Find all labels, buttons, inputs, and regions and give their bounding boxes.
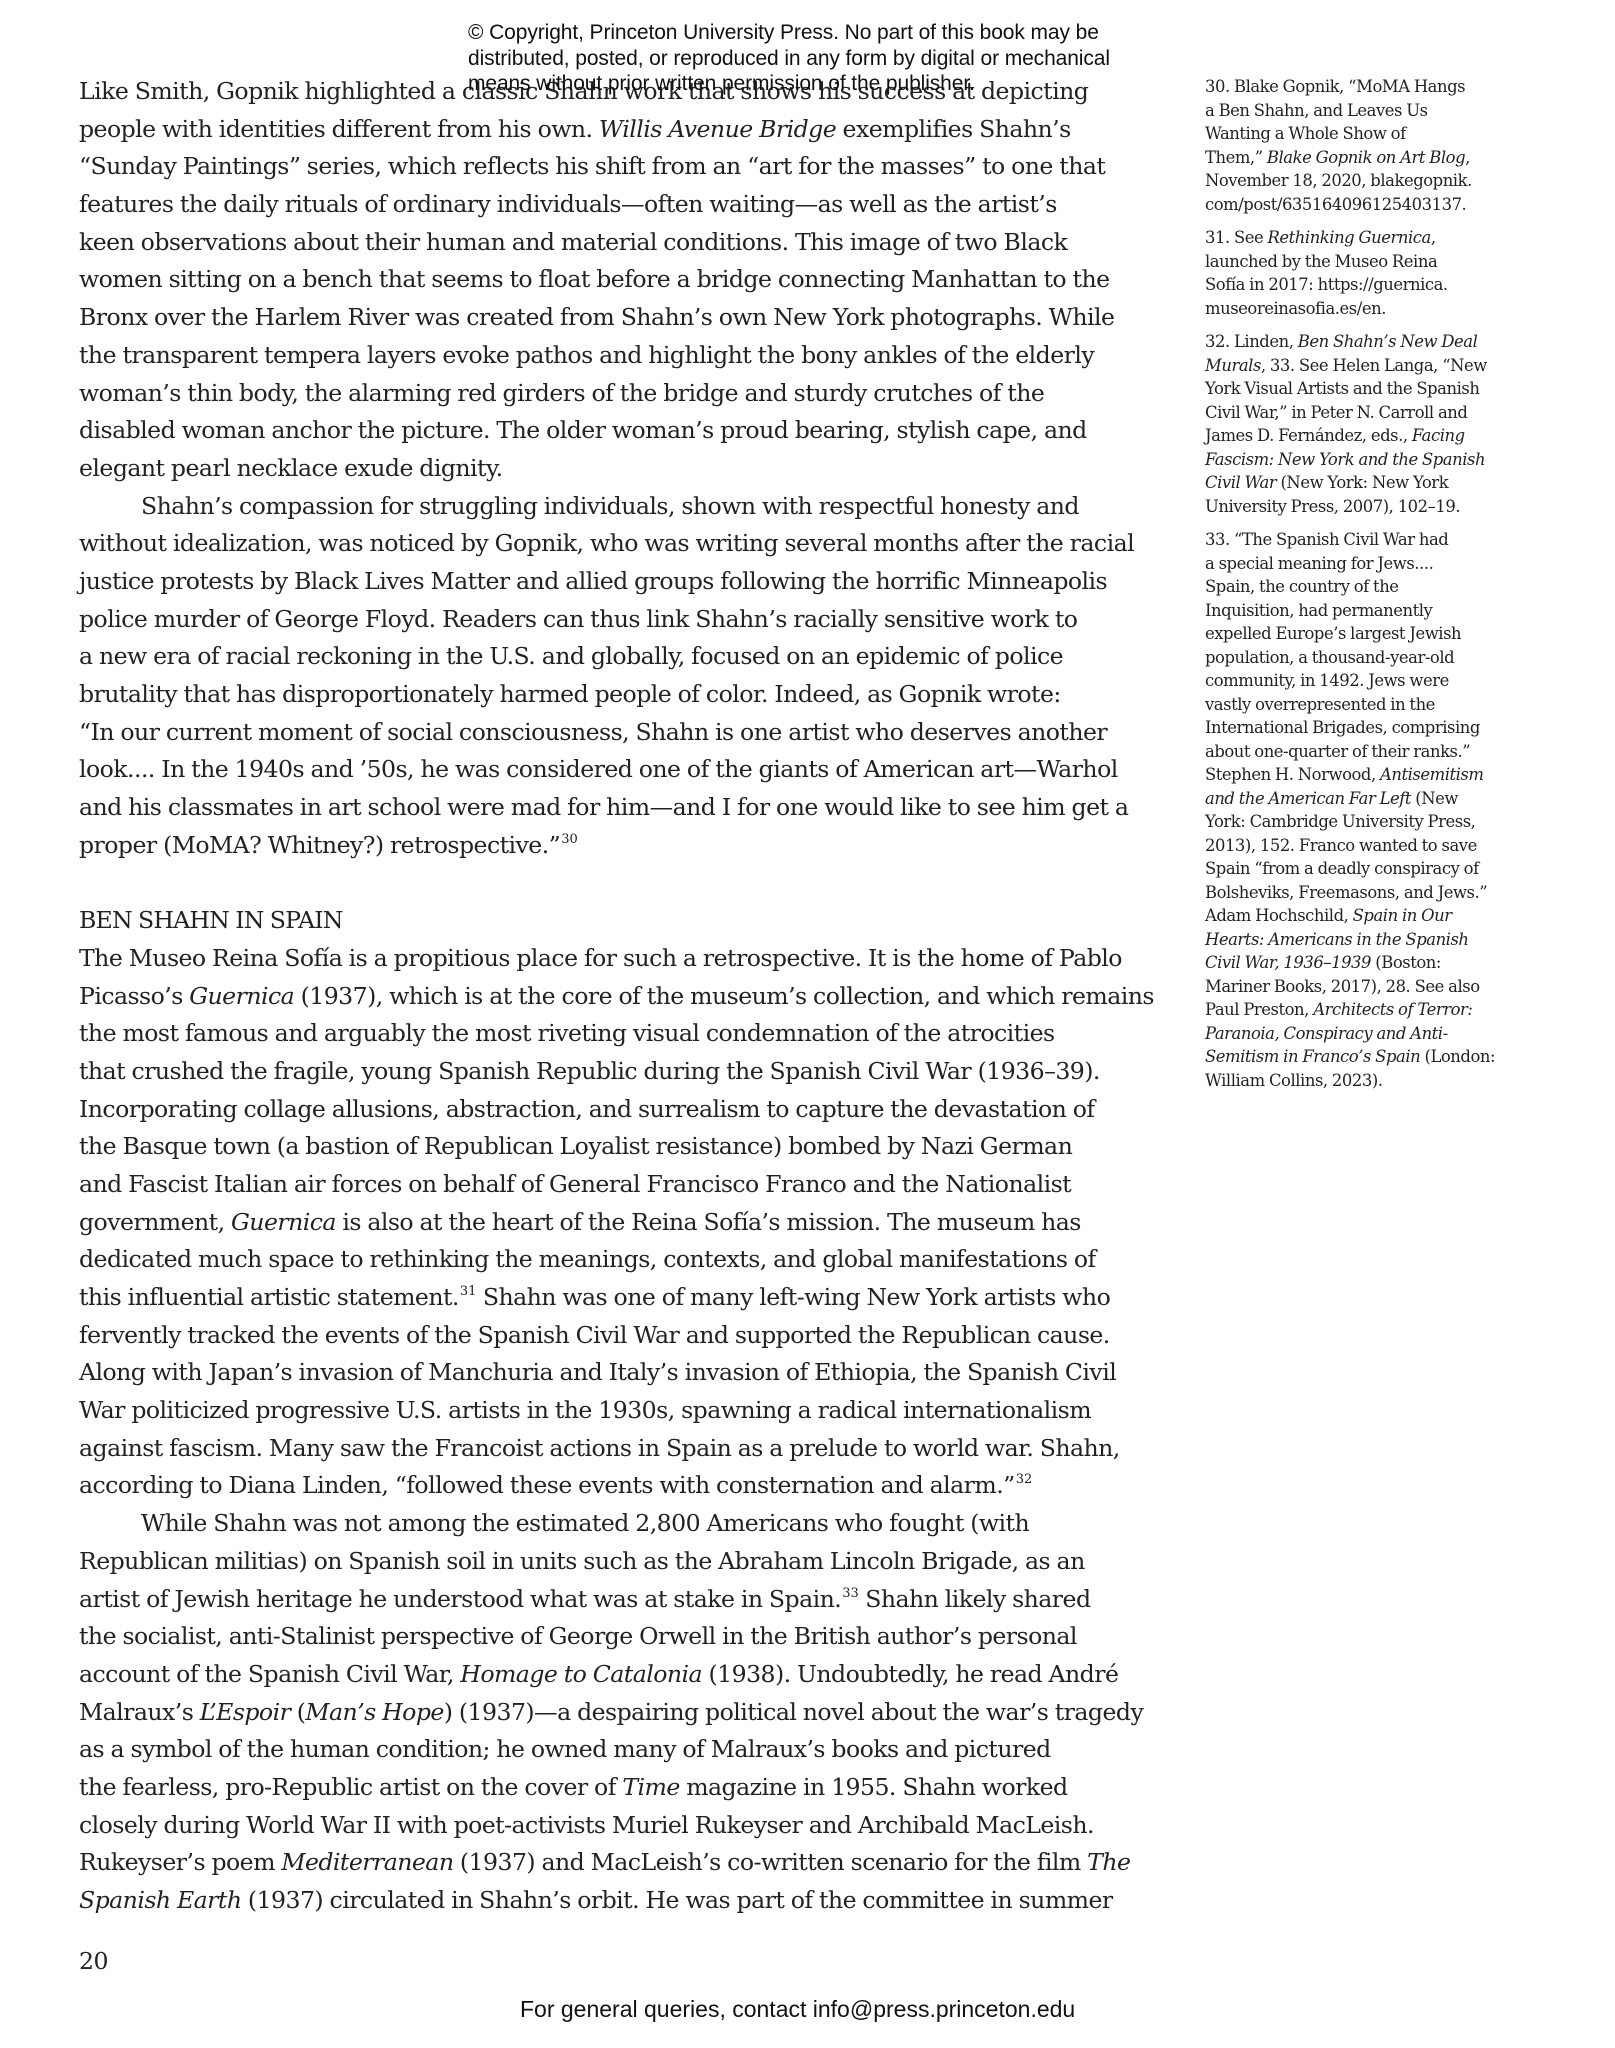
text-line: “In our current moment of social conscio… xyxy=(79,714,1159,752)
publication-title: Architects of Terror: xyxy=(1313,1000,1472,1019)
text-span: , xyxy=(1465,148,1470,167)
note-line: Civil War, 1936–1939 (Boston: xyxy=(1205,951,1605,975)
note-line: Stephen H. Norwood, Antisemitism xyxy=(1205,763,1605,787)
text-span: according to Diana Linden, “followed the… xyxy=(79,1471,1015,1499)
film-title: The xyxy=(1087,1848,1130,1876)
footnote-33: 33. “The Spanish Civil War had a special… xyxy=(1205,528,1605,1092)
text-line: proper (MoMA? Whitney?) retrospective.”3… xyxy=(79,827,1159,865)
note-line: 33. “The Spanish Civil War had xyxy=(1205,528,1605,552)
paragraph: Like Smith, Gopnik highlighted a classic… xyxy=(79,73,1159,488)
publication-title: Murals xyxy=(1205,356,1261,375)
text-span: (1937) and MacLeish’s co-written scenari… xyxy=(453,1848,1087,1876)
copyright-notice: © Copyright, Princeton University Press.… xyxy=(468,20,1168,97)
text-span: Shahn was one of many left-wing New York… xyxy=(476,1283,1110,1311)
text-span: Them,” xyxy=(1205,148,1267,167)
publication-title: Antisemitism xyxy=(1380,765,1484,784)
note-line: Hearts: Americans in the Spanish xyxy=(1205,928,1605,952)
text-line: Spanish Earth (1937) circulated in Shahn… xyxy=(79,1882,1159,1920)
note-line: launched by the Museo Reina xyxy=(1205,250,1605,274)
text-span: people with identities different from hi… xyxy=(79,115,599,143)
note-line: Paranoia, Conspiracy and Anti- xyxy=(1205,1022,1605,1046)
note-line: com/post/635164096125403137. xyxy=(1205,193,1605,217)
copyright-line: means without prior written permission o… xyxy=(468,71,1168,97)
publication-title: Hearts: Americans in the Spanish xyxy=(1205,930,1469,949)
note-line: population, a thousand-year-old xyxy=(1205,646,1605,670)
note-line: Spain, the country of the xyxy=(1205,575,1605,599)
text-line: disabled woman anchor the picture. The o… xyxy=(79,412,1159,450)
note-line: Mariner Books, 2017), 28. See also xyxy=(1205,975,1605,999)
text-line: closely during World War II with poet-ac… xyxy=(79,1807,1159,1845)
footnote-30: 30. Blake Gopnik, “MoMA Hangs a Ben Shah… xyxy=(1205,75,1605,216)
text-line: without idealization, was noticed by Gop… xyxy=(79,525,1159,563)
text-span: is also at the heart of the Reina Sofía’… xyxy=(336,1208,1081,1236)
text-line: Bronx over the Harlem River was created … xyxy=(79,299,1159,337)
note-line: museoreinasofia.es/en. xyxy=(1205,297,1605,321)
note-line: and the American Far Left (New xyxy=(1205,787,1605,811)
spacer xyxy=(79,864,1159,902)
text-line: police murder of George Floyd. Readers c… xyxy=(79,601,1159,639)
note-line: Inquisition, had permanently xyxy=(1205,599,1605,623)
note-line: a special meaning for Jews.... xyxy=(1205,552,1605,576)
note-line: 30. Blake Gopnik, “MoMA Hangs xyxy=(1205,75,1605,99)
note-line: 2013), 152. Franco wanted to save xyxy=(1205,834,1605,858)
main-text-column: Like Smith, Gopnik highlighted a classic… xyxy=(79,73,1159,1920)
text-span: , 33. See Helen Langa, “New xyxy=(1261,356,1487,375)
text-line: women sitting on a bench that seems to f… xyxy=(79,261,1159,299)
publication-title: Rethinking Guernica xyxy=(1268,228,1431,247)
poem-title: Mediterranean xyxy=(281,1848,453,1876)
text-line: While Shahn was not among the estimated … xyxy=(79,1505,1159,1543)
text-line: dedicated much space to rethinking the m… xyxy=(79,1241,1159,1279)
publication-title: Facing xyxy=(1412,426,1465,445)
magazine-title: Time xyxy=(622,1773,679,1801)
text-line: and his classmates in art school were ma… xyxy=(79,789,1159,827)
footnote-ref-33[interactable]: 33 xyxy=(842,1586,859,1601)
paragraph: Shahn’s compassion for struggling indivi… xyxy=(79,488,1159,865)
text-line: artist of Jewish heritage he understood … xyxy=(79,1581,1159,1619)
footnote-ref-30[interactable]: 30 xyxy=(561,832,578,847)
text-line: War politicized progressive U.S. artists… xyxy=(79,1392,1159,1430)
note-line: Paul Preston, Architects of Terror: xyxy=(1205,998,1605,1022)
note-line: Murals, 33. See Helen Langa, “New xyxy=(1205,354,1605,378)
publication-title: Civil War xyxy=(1205,473,1276,492)
publication-title: Paranoia, Conspiracy and Anti- xyxy=(1205,1024,1448,1043)
paragraph: The Museo Reina Sofía is a propitious pl… xyxy=(79,940,1159,1505)
text-span: Rukeyser’s poem xyxy=(79,1848,281,1876)
text-span: Adam Hochschild, xyxy=(1205,906,1353,925)
text-line: Along with Japan’s invasion of Manchuria… xyxy=(79,1354,1159,1392)
note-line: Adam Hochschild, Spain in Our xyxy=(1205,904,1605,928)
note-line: November 18, 2020, blakegopnik. xyxy=(1205,169,1605,193)
text-line: the transparent tempera layers evoke pat… xyxy=(79,337,1159,375)
text-line: look.... In the 1940s and ’50s, he was c… xyxy=(79,751,1159,789)
text-span: artist of Jewish heritage he understood … xyxy=(79,1585,841,1613)
note-line: Civil War,” in Peter N. Carroll and xyxy=(1205,401,1605,425)
note-line: Them,” Blake Gopnik on Art Blog, xyxy=(1205,146,1605,170)
text-line: Shahn’s compassion for struggling indivi… xyxy=(79,488,1159,526)
text-line: that crushed the fragile, young Spanish … xyxy=(79,1053,1159,1091)
text-span: Shahn likely shared xyxy=(859,1585,1091,1613)
note-line: community, in 1492. Jews were xyxy=(1205,669,1605,693)
text-line: Incorporating collage allusions, abstrac… xyxy=(79,1091,1159,1129)
text-span: 31. See xyxy=(1205,228,1268,247)
text-line: the fearless, pro-Republic artist on the… xyxy=(79,1769,1159,1807)
footnote-31: 31. See Rethinking Guernica, launched by… xyxy=(1205,226,1605,320)
text-line: this influential artistic statement.31 S… xyxy=(79,1279,1159,1317)
copyright-line: distributed, posted, or reproduced in an… xyxy=(468,46,1168,72)
text-line: The Museo Reina Sofía is a propitious pl… xyxy=(79,940,1159,978)
publication-title: Civil War, 1936–1939 xyxy=(1205,953,1371,972)
text-span: account of the Spanish Civil War, xyxy=(79,1660,460,1688)
note-line: Sofía in 2017: https://guernica. xyxy=(1205,273,1605,297)
text-line: fervently tracked the events of the Span… xyxy=(79,1317,1159,1355)
text-line: features the daily rituals of ordinary i… xyxy=(79,186,1159,224)
note-line: James D. Fernández, eds., Facing xyxy=(1205,424,1605,448)
note-line: expelled Europe’s largest Jewish xyxy=(1205,622,1605,646)
text-line: the most famous and arguably the most ri… xyxy=(79,1015,1159,1053)
text-line: according to Diana Linden, “followed the… xyxy=(79,1467,1159,1505)
note-line: Spain “from a deadly conspiracy of xyxy=(1205,857,1605,881)
text-line: a new era of racial reckoning in the U.S… xyxy=(79,638,1159,676)
note-line: Civil War (New York: New York xyxy=(1205,471,1605,495)
note-line: 32. Linden, Ben Shahn’s New Deal xyxy=(1205,330,1605,354)
note-line: University Press, 2007), 102–19. xyxy=(1205,495,1605,519)
note-line: about one-quarter of their ranks.” xyxy=(1205,740,1605,764)
note-line: Wanting a Whole Show of xyxy=(1205,122,1605,146)
note-line: Fascism: New York and the Spanish xyxy=(1205,448,1605,472)
publication-title: and the American Far Left xyxy=(1205,789,1411,808)
book-title: Man’s Hope xyxy=(305,1698,443,1726)
text-line: the socialist, anti-Stalinist perspectiv… xyxy=(79,1618,1159,1656)
text-span: (Boston: xyxy=(1371,953,1441,972)
footnote-ref-32[interactable]: 32 xyxy=(1016,1472,1033,1487)
text-span: (New xyxy=(1411,789,1458,808)
text-span: James D. Fernández, eds., xyxy=(1205,426,1412,445)
text-span: Picasso’s xyxy=(79,982,189,1010)
text-span: (1938). Undoubtedly, he read André xyxy=(702,1660,1118,1688)
text-span: (1937), which is at the core of the muse… xyxy=(294,982,1154,1010)
footnotes-column: 30. Blake Gopnik, “MoMA Hangs a Ben Shah… xyxy=(1205,75,1605,1102)
paragraph: While Shahn was not among the estimated … xyxy=(79,1505,1159,1920)
text-span: , xyxy=(1431,228,1436,247)
note-line: International Brigades, comprising xyxy=(1205,716,1605,740)
footnote-ref-31[interactable]: 31 xyxy=(460,1284,477,1299)
page-number: 20 xyxy=(79,1947,108,1975)
text-line: Republican militias) on Spanish soil in … xyxy=(79,1543,1159,1581)
text-span: (1937) circulated in Shahn’s orbit. He w… xyxy=(241,1886,1112,1914)
film-title: Spanish Earth xyxy=(79,1886,241,1914)
note-line: York: Cambridge University Press, xyxy=(1205,810,1605,834)
text-line: brutality that has disproportionately ha… xyxy=(79,676,1159,714)
text-span: Stephen H. Norwood, xyxy=(1205,765,1380,784)
publication-title: Spain in Our xyxy=(1353,906,1452,925)
text-span: the fearless, pro-Republic artist on the… xyxy=(79,1773,622,1801)
text-line: keen observations about their human and … xyxy=(79,224,1159,262)
text-line: government, Guernica is also at the hear… xyxy=(79,1204,1159,1242)
copyright-line: © Copyright, Princeton University Press.… xyxy=(468,20,1168,46)
note-line: William Collins, 2023). xyxy=(1205,1069,1605,1093)
publication-title: Fascism: New York and the Spanish xyxy=(1205,450,1485,469)
note-line: Semitism in Franco’s Spain (London: xyxy=(1205,1045,1605,1069)
text-line: justice protests by Black Lives Matter a… xyxy=(79,563,1159,601)
text-span: proper (MoMA? Whitney?) retrospective.” xyxy=(79,831,560,859)
text-span: government, xyxy=(79,1208,231,1236)
text-span: exemplifies Shahn’s xyxy=(836,115,1071,143)
section-heading: BEN SHAHN IN SPAIN xyxy=(79,902,1159,940)
text-line: Rukeyser’s poem Mediterranean (1937) and… xyxy=(79,1844,1159,1882)
publication-title: Semitism in Franco’s Spain xyxy=(1205,1047,1420,1066)
text-span: Paul Preston, xyxy=(1205,1000,1313,1019)
footnote-32: 32. Linden, Ben Shahn’s New Deal Murals,… xyxy=(1205,330,1605,518)
text-span: (New York: New York xyxy=(1276,473,1448,492)
text-line: Picasso’s Guernica (1937), which is at t… xyxy=(79,978,1159,1016)
note-line: Bolsheviks, Freemasons, and Jews.” xyxy=(1205,881,1605,905)
text-line: elegant pearl necklace exude dignity. xyxy=(79,450,1159,488)
text-line: woman’s thin body, the alarming red gird… xyxy=(79,375,1159,413)
text-line: people with identities different from hi… xyxy=(79,111,1159,149)
text-span: magazine in 1955. Shahn worked xyxy=(680,1773,1068,1801)
publication-title: Blake Gopnik on Art Blog xyxy=(1267,148,1465,167)
text-line: Malraux’s L’Espoir (Man’s Hope) (1937)—a… xyxy=(79,1694,1159,1732)
artwork-title: Guernica xyxy=(231,1208,336,1236)
text-span: ) (1937)—a despairing political novel ab… xyxy=(444,1698,1143,1726)
note-line: a Ben Shahn, and Leaves Us xyxy=(1205,99,1605,123)
note-line: York Visual Artists and the Spanish xyxy=(1205,377,1605,401)
text-span: this influential artistic statement. xyxy=(79,1283,459,1311)
text-span: Malraux’s xyxy=(79,1698,200,1726)
book-title: L’Espoir xyxy=(200,1698,291,1726)
text-line: the Basque town (a bastion of Republican… xyxy=(79,1128,1159,1166)
text-span: ( xyxy=(290,1698,305,1726)
book-title: Homage to Catalonia xyxy=(460,1660,702,1688)
text-span: 32. Linden, xyxy=(1205,332,1298,351)
artwork-title: Willis Avenue Bridge xyxy=(599,115,836,143)
footer-contact: For general queries, contact info@press.… xyxy=(520,1996,1220,2023)
text-line: and Fascist Italian air forces on behalf… xyxy=(79,1166,1159,1204)
artwork-title: Guernica xyxy=(189,982,294,1010)
text-line: as a symbol of the human condition; he o… xyxy=(79,1731,1159,1769)
note-line: 31. See Rethinking Guernica, xyxy=(1205,226,1605,250)
text-line: against fascism. Many saw the Francoist … xyxy=(79,1430,1159,1468)
text-line: “Sunday Paintings” series, which reflect… xyxy=(79,148,1159,186)
text-span: (London: xyxy=(1420,1047,1495,1066)
publication-title: Ben Shahn’s New Deal xyxy=(1298,332,1478,351)
text-line: account of the Spanish Civil War, Homage… xyxy=(79,1656,1159,1694)
note-line: vastly overrepresented in the xyxy=(1205,693,1605,717)
